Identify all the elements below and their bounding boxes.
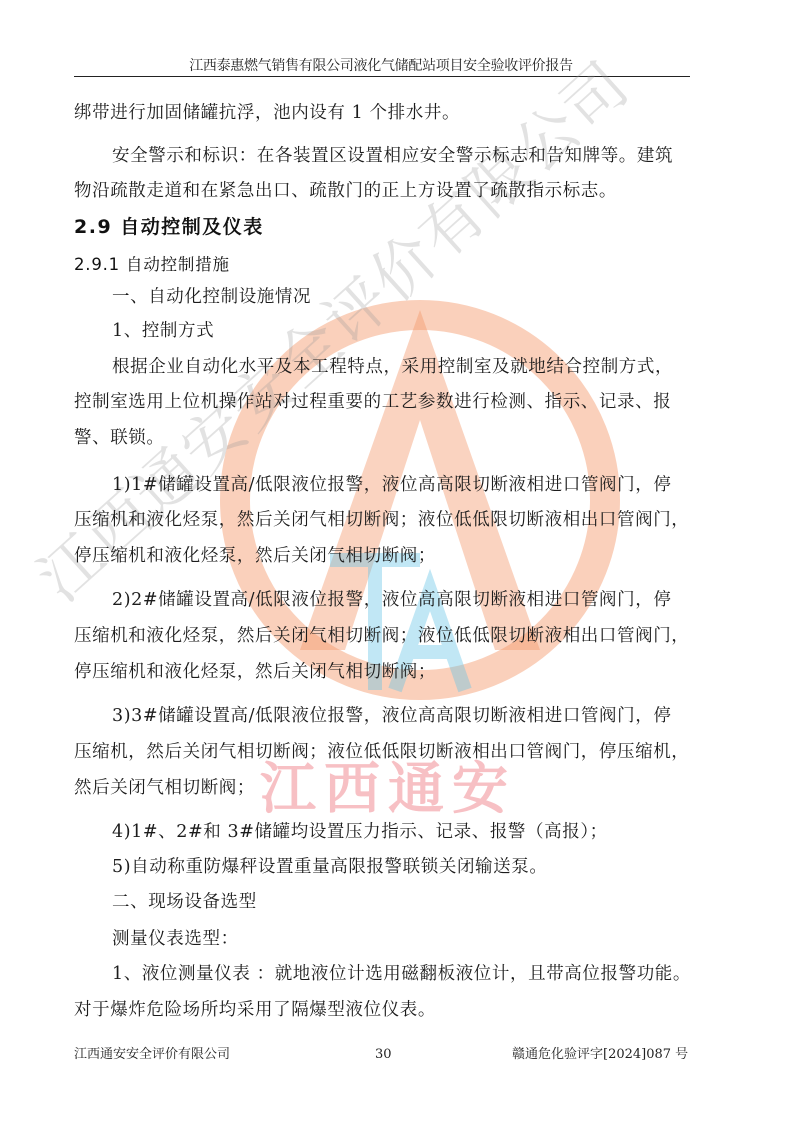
paragraph-line: 控制室选用上位机操作站对过程重要的工艺参数进行检测、指示、记录、报 [74, 391, 694, 413]
list-item-line: 1)1#储罐设置高/低限液位报警，液位高高限切断液相进口管阀门，停 [112, 474, 732, 496]
list-item-line: 3)3#储罐设置高/低限液位报警，液位高高限切断液相进口管阀门，停 [112, 705, 732, 727]
section-heading: 2.9 自动控制及仪表 [74, 215, 264, 239]
list-item-line: 然后关闭气相切断阀； [74, 777, 694, 799]
part-title: 二、现场设备选型 [112, 891, 732, 913]
list-item-line: 压缩机和液化烃泵，然后关闭气相切断阀；液位低低限切断液相出口管阀门， [74, 509, 694, 531]
list-item-line: 5)自动称重防爆秤设置重量高限报警联锁关闭输送泵。 [112, 856, 732, 878]
document-page: 江西通安安全评价有限公司 江西通安 江西泰惠燃气销售有限公司液化气储配站项目安全… [0, 0, 794, 1123]
item-title: 测量仪表选型： [112, 928, 732, 950]
list-item-line: 停压缩机和液化烃泵，然后关闭气相切断阀； [74, 545, 694, 567]
subsection-heading: 2.9.1 自动控制措施 [74, 254, 230, 276]
list-item-line: 4)1#、2#和 3#储罐均设置压力指示、记录、报警（高报）； [112, 821, 732, 843]
paragraph-line: 物沿疏散走道和在紧急出口、疏散门的正上方设置了疏散指示标志。 [74, 180, 694, 202]
list-item-line: 压缩机，然后关闭气相切断阀；液位低低限切断液相出口管阀门，停压缩机， [74, 741, 694, 763]
page-number: 30 [375, 1047, 392, 1063]
footer-company: 江西通安安全评价有限公司 [74, 1047, 230, 1063]
page-header-title: 江西泰惠燃气销售有限公司液化气储配站项目安全验收评价报告 [74, 57, 688, 75]
list-item-line: 压缩机和液化烃泵，然后关闭气相切断阀；液位低低限切断液相出口管阀门， [74, 625, 694, 647]
header-divider [74, 76, 690, 77]
paragraph-line: 对于爆炸危险场所均采用了隔爆型液位仪表。 [74, 999, 694, 1021]
part-title: 一、自动化控制设施情况 [112, 286, 732, 308]
paragraph-line: 警、联锁。 [74, 427, 694, 449]
item-title: 1、控制方式 [112, 320, 732, 342]
paragraph-line: 根据企业自动化水平及本工程特点，采用控制室及就地结合控制方式， [112, 356, 732, 378]
list-item-line: 停压缩机和液化烃泵，然后关闭气相切断阀； [74, 661, 694, 683]
paragraph-line: 1、液位测量仪表 ：就地液位计选用磁翻板液位计，且带高位报警功能。 [112, 963, 732, 985]
list-item-line: 2)2#储罐设置高/低限液位报警，液位高高限切断液相进口管阀门，停 [112, 589, 732, 611]
paragraph-line: 绑带进行加固储罐抗浮，池内设有 1 个排水井。 [74, 102, 694, 124]
footer-doc-number: 赣通危化验评字[2024]087 号 [512, 1047, 688, 1063]
paragraph-line: 安全警示和标识：在各装置区设置相应安全警示标志和告知牌等。建筑 [112, 145, 732, 167]
